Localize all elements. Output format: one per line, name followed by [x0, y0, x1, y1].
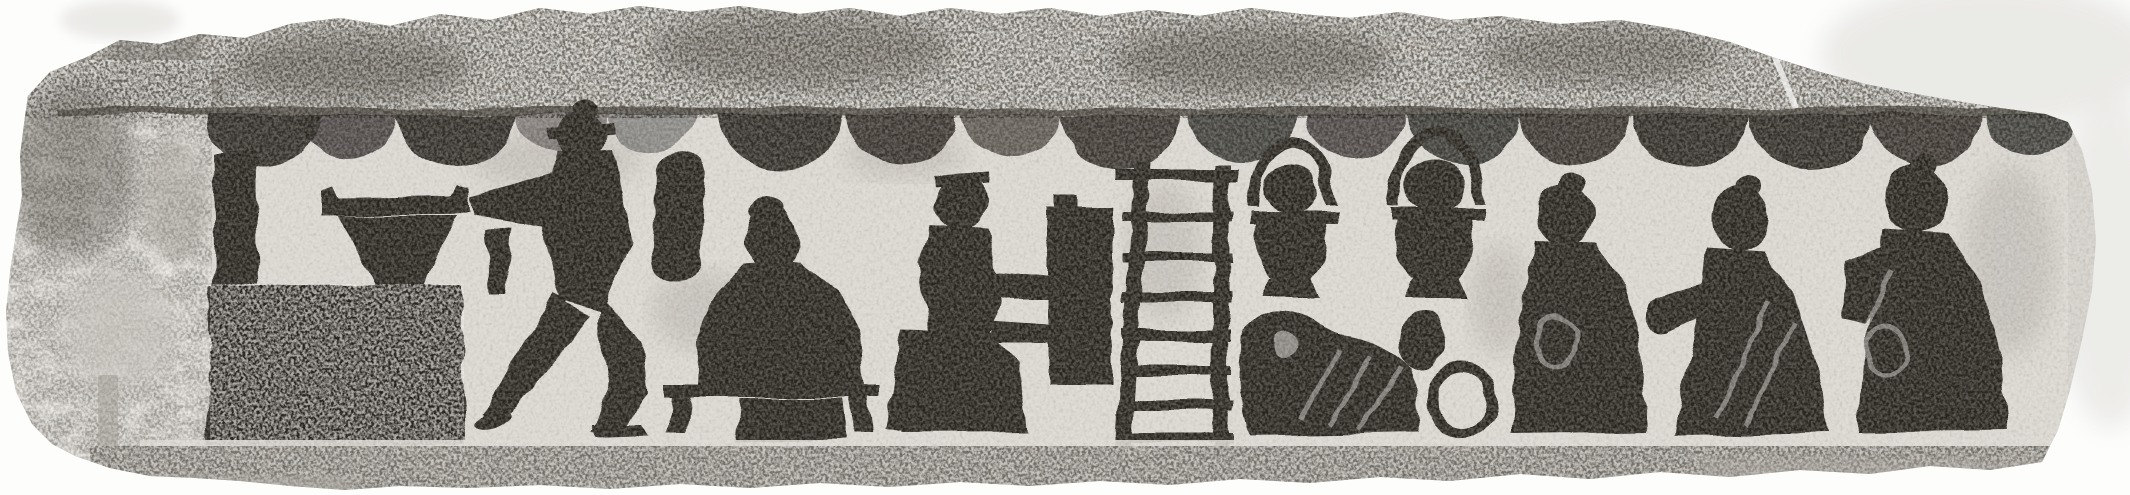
stone-relief-rubbing: Rubbing of a carved pictorial stone slab… [0, 0, 2130, 495]
page-background: Rubbing of a carved pictorial stone slab… [0, 0, 2130, 495]
global-grain-light [0, 0, 2130, 495]
stone-slab: weathered rectangular stone slab bearing… [0, 0, 2130, 495]
